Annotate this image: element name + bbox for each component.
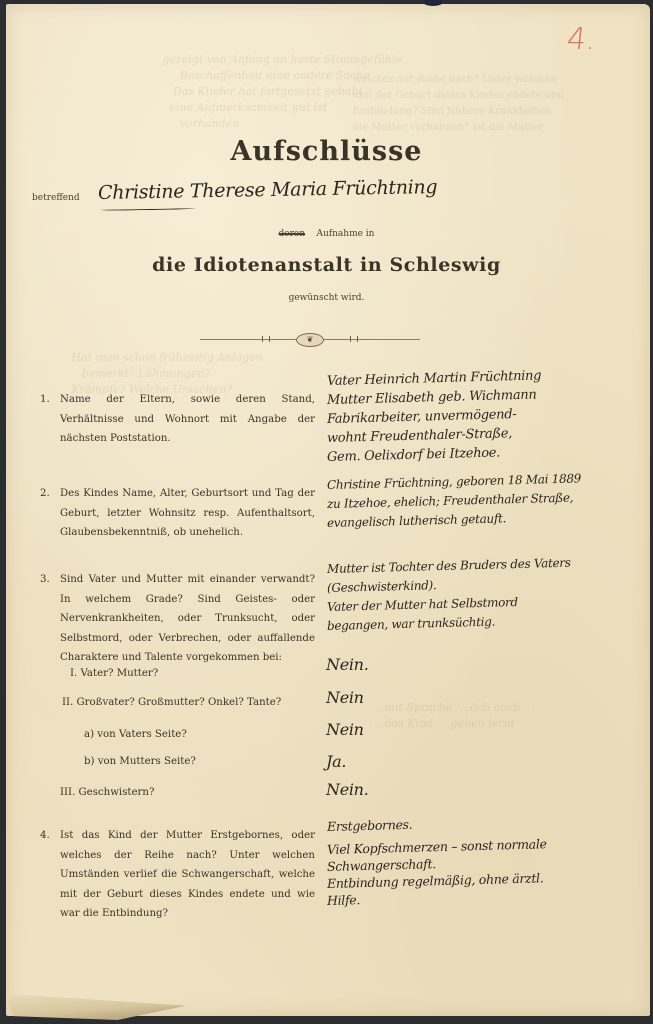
- answer-1: Vater Heinrich Martin Früchtning Mutter …: [327, 372, 647, 467]
- question-2: 2. Des Kindes Name, Alter, Geburtsort un…: [40, 484, 315, 543]
- sub-question-grandparents: II. Großvater? Großmutter? Onkel? Tante?: [62, 697, 281, 708]
- institution-name: die Idiotenanstalt in Schleswig: [0, 254, 653, 276]
- question-number: 2.: [40, 484, 50, 504]
- sub-question-fathers-side: a) von Vaters Seite?: [84, 729, 187, 740]
- answer-4: Erstgebornes. Viel Kopfschmerzen – sonst…: [327, 818, 647, 909]
- struck-word: deren: [279, 229, 306, 239]
- sub-answer-siblings: Nein.: [326, 780, 368, 799]
- answer-2: Christine Früchtning, geboren 18 Mai 188…: [327, 476, 647, 533]
- divider-ornament-right: [350, 336, 358, 342]
- question-text: Ist das Kind der Mutter Erstgebornes, od…: [60, 826, 315, 924]
- answer-3: Mutter ist Tochter des Bruders des Vater…: [327, 560, 647, 636]
- document-title: Aufschlüsse: [0, 136, 653, 167]
- sub-answer-fathers-side: Nein: [326, 720, 364, 739]
- divider-ornament-icon: ❦: [296, 333, 324, 347]
- question-1: 1. Name der Eltern, sowie deren Stand, V…: [40, 390, 315, 449]
- sub-answer-mothers-side: Ja.: [326, 752, 346, 771]
- sub-question-siblings: III. Geschwistern?: [60, 787, 154, 798]
- divider-ornament-left: [262, 336, 270, 342]
- aufnahme-line: deren Aufnahme in: [0, 229, 653, 239]
- question-number: 3.: [40, 570, 50, 590]
- bleed-through-handwriting-3: ...mit Sprache, ...lich auch ... ...das …: [360, 700, 535, 732]
- sub-answer-parents: Nein.: [326, 655, 368, 674]
- sub-question-parents: I. Vater? Mutter?: [70, 668, 158, 679]
- question-number: 1.: [40, 390, 50, 410]
- betreffend-label: betreffend: [32, 193, 80, 203]
- question-4: 4. Ist das Kind der Mutter Erstgebornes,…: [40, 826, 315, 924]
- question-text: Des Kindes Name, Alter, Geburtsort und T…: [60, 484, 315, 543]
- bleed-through-print: welches der Reihe nach? Unter welchen un…: [340, 72, 564, 136]
- sub-answer-grandparents: Nein: [326, 688, 364, 707]
- ink-spot: [424, 0, 442, 6]
- gewuenscht-text: gewünscht wird.: [0, 293, 653, 303]
- question-text: Name der Eltern, sowie deren Stand, Verh…: [60, 390, 315, 449]
- aufnahme-text: Aufnahme in: [316, 229, 374, 239]
- question-3: 3. Sind Vater und Mutter mit einander ve…: [40, 570, 315, 668]
- sub-question-mothers-side: b) von Mutters Seite?: [84, 756, 196, 767]
- question-text: Sind Vater und Mutter mit einander verwa…: [60, 570, 315, 668]
- page-number: 4.: [565, 22, 597, 57]
- question-number: 4.: [40, 826, 50, 846]
